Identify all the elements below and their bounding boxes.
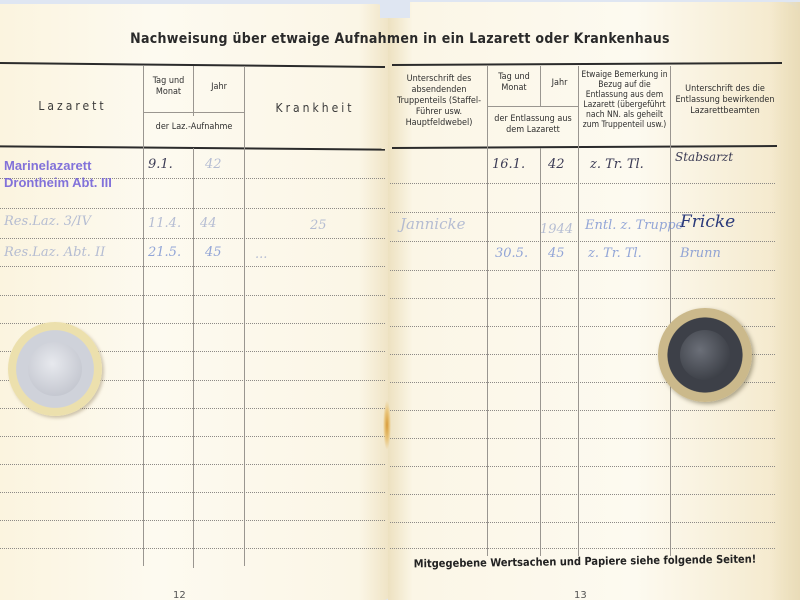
hospital-stamp: Marinelazarett Drontheim Abt. III	[4, 157, 144, 191]
official-signature: Stabsarzt	[675, 150, 733, 164]
header-entlassung: der Entlassung aus dem Lazarett	[489, 114, 577, 136]
illness-entry: 25	[310, 218, 327, 233]
hospital-entry: Res.Laz. 3/IV	[4, 214, 91, 229]
row-line	[0, 266, 385, 267]
row-line	[0, 548, 385, 549]
header-jahr: Jahr	[195, 82, 243, 93]
header-unterschrift-truppenteil: Unterschrift des absendenden Truppenteil…	[393, 74, 485, 129]
row-line	[390, 522, 775, 523]
foxing-stain	[383, 400, 391, 450]
header-unterschrift-beamten: Unterschrift des die Entlassung bewirken…	[675, 84, 775, 117]
discharge-date: 30.5.	[495, 246, 528, 261]
col-divider	[578, 66, 579, 556]
row-line	[0, 208, 385, 209]
row-line	[0, 436, 385, 437]
illness-entry: ...	[255, 247, 267, 262]
header-lazarett: Lazarett	[10, 101, 135, 112]
row-line	[0, 464, 385, 465]
page-number-left: 12	[173, 590, 186, 600]
row-line	[390, 183, 775, 184]
header-jahr-entlassung: Jahr	[542, 78, 577, 89]
row-line	[390, 438, 775, 439]
admission-date: 11.4.	[148, 216, 181, 231]
subheader-divider	[487, 106, 578, 107]
col-divider	[244, 66, 245, 566]
page-title: Nachweisung über etwaige Aufnahmen in ei…	[0, 31, 800, 47]
admission-year: 44	[200, 216, 217, 231]
left-page	[0, 4, 390, 600]
euro-coin-icon	[658, 308, 752, 402]
discharge-date: 16.1.	[492, 157, 525, 172]
discharge-remark: Entl. z. Truppe	[585, 218, 683, 233]
discharge-year: 45	[548, 246, 565, 261]
header-bemerkung: Etwaige Bemerkung in Bezug auf die Entla…	[580, 70, 669, 130]
header-aufnahme: der Laz.-Aufnahme	[145, 122, 243, 133]
row-line	[390, 494, 775, 495]
silver-coin-icon	[8, 322, 102, 416]
row-line	[0, 520, 385, 521]
discharge-remark: z. Tr. Tl.	[590, 157, 644, 172]
discharge-year: 42	[548, 157, 565, 172]
binding-gap	[380, 0, 410, 18]
coin-face	[28, 342, 82, 396]
col-divider	[540, 66, 541, 106]
admission-year: 45	[205, 245, 222, 260]
row-line	[0, 295, 385, 296]
official-signature: Brunn	[680, 246, 721, 261]
page-number-right: 13	[574, 590, 587, 600]
coin-face	[680, 330, 730, 380]
faint-stamp-year: 1944	[540, 222, 573, 237]
row-line	[390, 298, 775, 299]
header-tag-monat-entlassung: Tag und Monat	[489, 72, 539, 94]
row-line	[0, 238, 385, 239]
col-divider	[670, 66, 671, 556]
admission-date: 21.5.	[148, 245, 181, 260]
hospital-entry: Res.Laz. Abt. II	[4, 245, 105, 260]
subheader-divider	[143, 112, 244, 113]
row-line	[390, 241, 775, 242]
unit-signature: Jannicke	[400, 215, 465, 233]
row-line	[390, 410, 775, 411]
col-divider	[487, 66, 488, 556]
admission-year: 42	[205, 157, 222, 172]
row-line	[390, 466, 775, 467]
admission-date: 9.1.	[148, 157, 173, 172]
official-signature: Fricke	[680, 212, 735, 232]
row-line	[390, 548, 775, 549]
header-krankheit: Krankheit	[250, 103, 380, 114]
col-divider	[193, 148, 194, 568]
col-divider	[143, 66, 144, 566]
row-line	[0, 492, 385, 493]
discharge-remark: z. Tr. Tl.	[588, 246, 642, 261]
header-tag-monat: Tag und Monat	[145, 76, 192, 98]
col-divider	[193, 66, 194, 116]
row-line	[390, 270, 775, 271]
